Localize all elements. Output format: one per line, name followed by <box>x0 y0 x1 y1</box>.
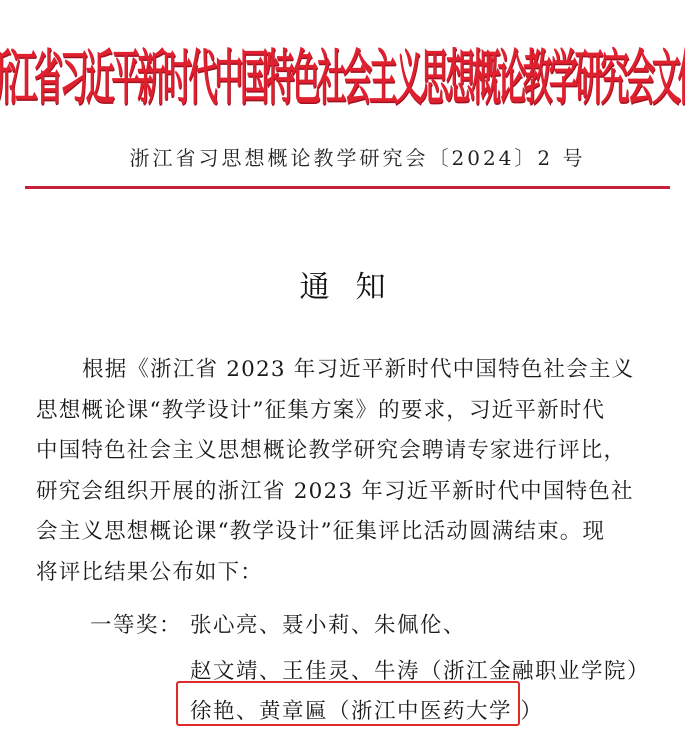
body-line: 中国特色社会主义思想概论教学研究会聘请专家进行评比， <box>36 431 646 472</box>
body-line: 研究会组织开展的浙江省 2023 年习近平新时代中国特色社 <box>36 472 646 513</box>
body-line: 将评比结果公布如下： <box>36 553 646 594</box>
body-line: 根据《浙江省 2023 年习近平新时代中国特色社会主义 <box>36 350 646 391</box>
org-document-title: 浙江省习近平新时代中国特色社会主义思想概论教学研究会文件 <box>22 38 664 108</box>
first-prize-label: 一等奖： <box>90 606 190 646</box>
highlight-annotation-box <box>176 681 520 726</box>
first-prize-row: 一等奖：张心亮、聂小莉、朱佩伦、 <box>90 606 466 646</box>
org-title-text: 浙江省习近平新时代中国特色社会主义思想概论教学研究会文件 <box>0 30 685 116</box>
body-line: 思想概论课“教学设计”征集方案》的要求，习近平新时代 <box>36 391 646 432</box>
body-line: 会主义思想概论课“教学设计”征集评比活动圆满结束。现 <box>36 512 646 553</box>
notice-body: 根据《浙江省 2023 年习近平新时代中国特色社会主义 思想概论课“教学设计”征… <box>36 350 646 593</box>
red-divider <box>25 186 670 189</box>
notice-heading: 通知 <box>0 262 685 306</box>
document-number: 浙江省习思想概论教学研究会〔2024〕2 号 <box>0 142 685 171</box>
award-winners-line: 张心亮、聂小莉、朱佩伦、 <box>190 613 466 638</box>
